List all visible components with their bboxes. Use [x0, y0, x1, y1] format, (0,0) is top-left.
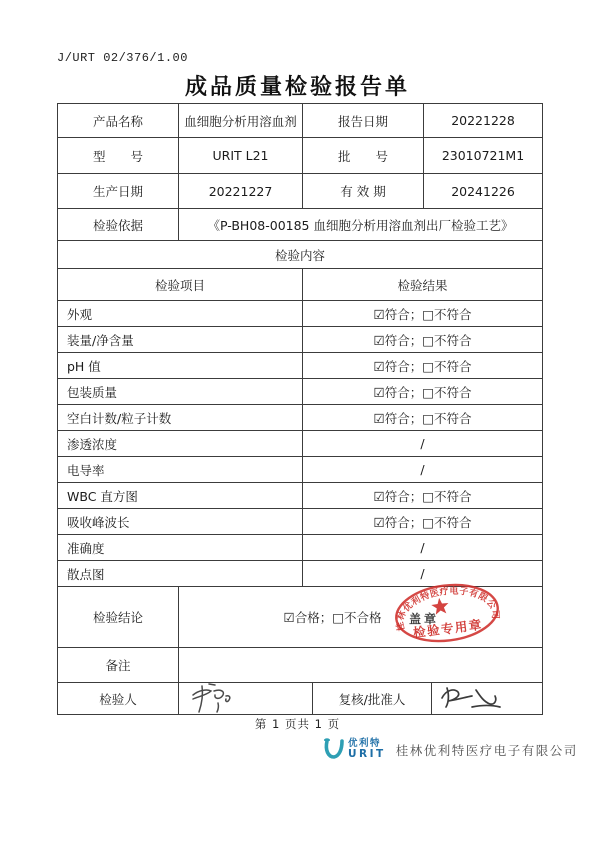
item-name: WBC 直方图 [58, 483, 303, 508]
table-row: 渗透浓度 / [58, 431, 542, 457]
page-number: 第 1 页共 1 页 [0, 716, 595, 732]
label-conclusion: 检验结论 [58, 587, 179, 647]
label-product-name: 产品名称 [58, 104, 179, 137]
value-inspection-basis: 《P-BH08-00185 血细胞分析用溶血剂出厂检验工艺》 [179, 209, 542, 240]
document-code: J/URT 02/376/1.00 [57, 51, 188, 65]
item-result: ☑符合；□不符合 [303, 483, 542, 508]
section-header-inspection-content: 检验内容 [58, 241, 542, 268]
item-result: / [303, 431, 542, 456]
item-name: pH 值 [58, 353, 303, 378]
label-approver: 复核/批准人 [313, 683, 432, 714]
item-name: 装量/净含量 [58, 327, 303, 352]
page-title: 成品质量检验报告单 [0, 70, 595, 101]
table-row: 散点图 / [58, 561, 542, 587]
table-row: 检验依据 《P-BH08-00185 血细胞分析用溶血剂出厂检验工艺》 [58, 209, 542, 241]
label-note: 备注 [58, 648, 179, 682]
inspection-report-table: 产品名称 血细胞分析用溶血剂 报告日期 20221228 型 号 URIT L2… [57, 103, 543, 715]
table-row: 装量/净含量 ☑符合；□不符合 [58, 327, 542, 353]
value-model: URIT L21 [179, 138, 303, 173]
approver-signature [435, 685, 511, 712]
table-row: 空白计数/粒子计数 ☑符合；□不符合 [58, 405, 542, 431]
label-inspection-basis: 检验依据 [58, 209, 179, 240]
item-name: 电导率 [58, 457, 303, 482]
table-row: 型 号 URIT L21 批 号 23010721M1 [58, 138, 542, 174]
value-report-date: 20221228 [424, 104, 542, 137]
report-page: J/URT 02/376/1.00 成品质量检验报告单 产品名称 血细胞分析用溶… [0, 0, 595, 842]
item-result: / [303, 561, 542, 586]
inspector-signature-cell [179, 683, 313, 714]
approver-signature-cell [432, 683, 542, 714]
label-expiry-date: 有 效 期 [303, 174, 424, 208]
table-row: 检验结论 ☑合格；□不合格 [58, 587, 542, 648]
table-row: 检验人 复核/批准人 [58, 683, 542, 714]
value-conclusion: ☑合格；□不合格 [179, 587, 542, 647]
item-name: 空白计数/粒子计数 [58, 405, 303, 430]
label-report-date: 报告日期 [303, 104, 424, 137]
item-name: 准确度 [58, 535, 303, 560]
conclusion-checkbox-text: ☑合格；□不合格 [283, 608, 381, 626]
inspector-signature [187, 683, 267, 714]
item-result: ☑符合；□不符合 [303, 353, 542, 378]
urit-logo-text: 优利特 URIT [348, 739, 386, 760]
label-batch-number: 批 号 [303, 138, 424, 173]
item-name: 吸收峰波长 [58, 509, 303, 534]
brand-footer: 优利特 URIT 桂林优利特医疗电子有限公司 [322, 737, 578, 762]
table-row: 备注 [58, 648, 542, 683]
table-row: 生产日期 20221227 有 效 期 20241226 [58, 174, 542, 209]
item-result: / [303, 535, 542, 560]
table-row: 电导率 / [58, 457, 542, 483]
table-row: 包装质量 ☑符合；□不符合 [58, 379, 542, 405]
value-production-date: 20221227 [179, 174, 303, 208]
table-row: 吸收峰波长 ☑符合；□不符合 [58, 509, 542, 535]
item-name: 散点图 [58, 561, 303, 586]
label-model: 型 号 [58, 138, 179, 173]
column-header-item: 检验项目 [58, 269, 303, 300]
label-production-date: 生产日期 [58, 174, 179, 208]
stamp-here-label: 盖章 [409, 610, 439, 627]
item-name: 渗透浓度 [58, 431, 303, 456]
item-result: ☑符合；□不符合 [303, 509, 542, 534]
table-row: 产品名称 血细胞分析用溶血剂 报告日期 20221228 [58, 104, 542, 138]
item-result: / [303, 457, 542, 482]
item-result: ☑符合；□不符合 [303, 379, 542, 404]
item-result: ☑符合；□不符合 [303, 301, 542, 326]
table-row: WBC 直方图 ☑符合；□不符合 [58, 483, 542, 509]
urit-logo-icon [322, 737, 345, 762]
value-batch-number: 23010721M1 [424, 138, 542, 173]
label-inspector: 检验人 [58, 683, 179, 714]
item-result: ☑符合；□不符合 [303, 327, 542, 352]
value-note [179, 648, 542, 682]
footer-company-name: 桂林优利特医疗电子有限公司 [396, 741, 578, 759]
table-row: pH 值 ☑符合；□不符合 [58, 353, 542, 379]
table-row: 外观 ☑符合；□不符合 [58, 301, 542, 327]
value-expiry-date: 20241226 [424, 174, 542, 208]
value-product-name: 血细胞分析用溶血剂 [179, 104, 303, 137]
table-row: 检验内容 [58, 241, 542, 269]
column-header-result: 检验结果 [303, 269, 542, 300]
item-name: 外观 [58, 301, 303, 326]
table-row: 检验项目 检验结果 [58, 269, 542, 301]
item-result: ☑符合；□不符合 [303, 405, 542, 430]
logo-english-name: URIT [348, 749, 386, 760]
table-row: 准确度 / [58, 535, 542, 561]
item-name: 包装质量 [58, 379, 303, 404]
